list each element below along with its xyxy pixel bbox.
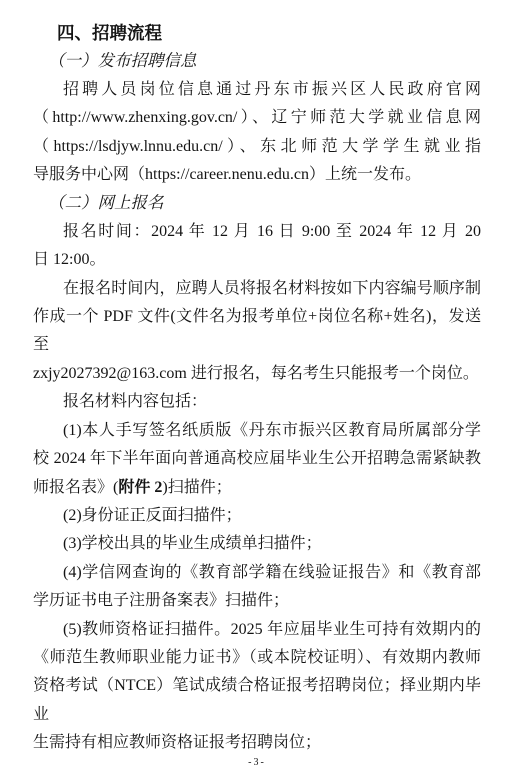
paragraph-line: （http://www.zhenxing.gov.cn/）、辽宁师范大学就业信息… (33, 104, 481, 132)
paragraph-line: 在报名时间内，应聘人员将报名材料按如下内容编号顺序制 (33, 275, 481, 303)
list-item-4-line: (4)学信网查询的《教育部学籍在线验证报告》和《教育部 (33, 559, 481, 587)
list-item-2-line: (2)身份证正反面扫描件； (33, 502, 481, 530)
list-item-3-line: (3)学校出具的毕业生成绩单扫描件； (33, 530, 481, 558)
list-item-5-line: 资格考试（NTCE）笔试成绩合格证报考招聘岗位；择业期内毕业 (33, 672, 481, 729)
page-number: -3- (0, 757, 514, 768)
list-item-5-line: (5)教师资格证扫描件。2025 年应届毕业生可持有效期内的 (33, 616, 481, 644)
list-item-1-line: (1)本人手写签名纸质版《丹东市振兴区教育局所属部分学 (33, 417, 481, 445)
subsection-title-2: （二）网上报名 (33, 189, 481, 217)
paragraph-line: 招聘人员岗位信息通过丹东市振兴区人民政府官网 (33, 76, 481, 104)
paragraph-line: 导服务中心网（https://career.nenu.edu.cn）上统一发布。 (33, 161, 481, 189)
list-item-1-line: 校 2024 年下半年面向普通高校应届毕业生公开招聘急需紧缺教 (33, 445, 481, 473)
paragraph-line: 报名材料内容包括： (33, 388, 481, 416)
paragraph-line: （https://lsdjyw.lnnu.edu.cn/）、东北师范大学学生就业… (33, 133, 481, 161)
attachment-ref-post: )扫描件； (162, 479, 231, 496)
list-item-5-line: 《师范生教师职业能力证书》（或本院校证明）、有效期内教师 (33, 644, 481, 672)
paragraph-line: zxjy2027392@163.com 进行报名，每名考生只能报考一个岗位。 (33, 360, 481, 388)
document-body: 四、招聘流程 （一）发布招聘信息 招聘人员岗位信息通过丹东市振兴区人民政府官网 … (33, 19, 481, 758)
attachment-ref-bold: 附件 2 (118, 479, 162, 496)
section-heading: 四、招聘流程 (33, 19, 481, 47)
list-item-4-line: 学历证书电子注册备案表》扫描件； (33, 587, 481, 615)
list-item-5-line: 生需持有相应教师资格证报考招聘岗位； (33, 729, 481, 757)
subsection-title-1: （一）发布招聘信息 (33, 47, 481, 75)
document-page: 四、招聘流程 （一）发布招聘信息 招聘人员岗位信息通过丹东市振兴区人民政府官网 … (0, 0, 514, 782)
paragraph-line: 作成一个 PDF 文件(文件名为报考单位+岗位名称+姓名)，发送至 (33, 303, 481, 360)
attachment-ref-pre: 师报名表》( (33, 479, 118, 496)
paragraph-line: 日 12:00。 (33, 246, 481, 274)
list-item-1-line: 师报名表》(附件 2)扫描件； (33, 474, 481, 502)
paragraph-line: 报名时间：2024 年 12 月 16 日 9:00 至 2024 年 12 月… (33, 218, 481, 246)
